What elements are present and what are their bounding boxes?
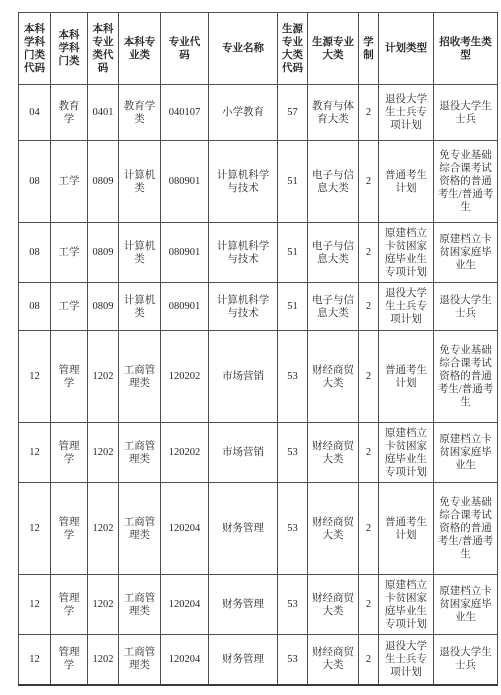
table-cell: 免专业基础综合课考试资格的普通考生/普通考生	[434, 141, 498, 223]
table-cell: 2	[359, 85, 379, 141]
table-body: 04教育学0401教育学类040107小学教育57教育与体育大类2退役大学生士兵…	[19, 85, 498, 685]
table-cell: 2	[359, 223, 379, 283]
table-cell: 计算机类	[119, 223, 161, 283]
table-cell: 53	[278, 483, 308, 575]
table-cell: 工商管理类	[119, 635, 161, 685]
table-cell: 小学教育	[209, 85, 278, 141]
table-cell: 0401	[88, 85, 119, 141]
table-cell: 2	[359, 635, 379, 685]
table-cell: 120204	[161, 575, 209, 635]
table-row: 12管理学1202工商管理类120204财务管理53财经商贸大类2退役大学生士兵…	[19, 635, 498, 685]
table-cell: 管理学	[51, 331, 88, 423]
table-cell: 0809	[88, 223, 119, 283]
table-cell: 51	[278, 283, 308, 331]
column-header: 本科学科门类	[51, 13, 88, 85]
table-cell: 12	[19, 423, 51, 483]
document-page: 本科学科门类代码本科学科门类本科专业类代码本科专业类专业代码专业名称生源专业大类…	[0, 12, 501, 686]
table-cell: 财经商贸大类	[308, 483, 359, 575]
table-cell: 51	[278, 223, 308, 283]
table-cell: 12	[19, 483, 51, 575]
table-cell: 原建档立卡贫困家庭毕业生专项计划	[379, 423, 434, 483]
table-cell: 120202	[161, 423, 209, 483]
table-cell: 08	[19, 223, 51, 283]
table-cell: 51	[278, 141, 308, 223]
table-cell: 工商管理类	[119, 483, 161, 575]
table-cell: 原建档立卡贫困家庭毕业生	[434, 575, 498, 635]
table-cell: 计算机类	[119, 141, 161, 223]
table-cell: 08	[19, 283, 51, 331]
table-cell: 040107	[161, 85, 209, 141]
table-row: 08工学0809计算机类080901计算机科学与技术51电子与信息大类2原建档立…	[19, 223, 498, 283]
table-cell: 退役大学生士兵专项计划	[379, 283, 434, 331]
table-cell: 工商管理类	[119, 575, 161, 635]
table-cell: 2	[359, 423, 379, 483]
table-cell: 退役大学生士兵	[434, 85, 498, 141]
table-cell: 080901	[161, 141, 209, 223]
table-cell: 财经商贸大类	[308, 423, 359, 483]
table-cell: 财务管理	[209, 635, 278, 685]
table-row: 12管理学1202工商管理类120204财务管理53财经商贸大类2普通考生计划免…	[19, 483, 498, 575]
table-cell: 财经商贸大类	[308, 331, 359, 423]
table-cell: 免专业基础综合课考试资格的普通考生/普通考生	[434, 483, 498, 575]
column-header: 招收考生类型	[434, 13, 498, 85]
table-cell: 2	[359, 283, 379, 331]
table-cell: 0809	[88, 141, 119, 223]
column-header: 专业名称	[209, 13, 278, 85]
table-cell: 普通考生计划	[379, 141, 434, 223]
table-cell: 53	[278, 331, 308, 423]
table-cell: 1202	[88, 635, 119, 685]
admissions-table: 本科学科门类代码本科学科门类本科专业类代码本科专业类专业代码专业名称生源专业大类…	[18, 12, 498, 686]
table-cell: 市场营销	[209, 331, 278, 423]
table-cell: 2	[359, 575, 379, 635]
table-row: 08工学0809计算机类080901计算机科学与技术51电子与信息大类2普通考生…	[19, 141, 498, 223]
table-cell: 08	[19, 141, 51, 223]
table-cell: 120204	[161, 635, 209, 685]
table-cell: 工商管理类	[119, 331, 161, 423]
table-cell: 原建档立卡贫困家庭毕业生专项计划	[379, 223, 434, 283]
table-cell: 1202	[88, 483, 119, 575]
table-cell: 计算机科学与技术	[209, 223, 278, 283]
table-cell: 财经商贸大类	[308, 635, 359, 685]
table-cell: 电子与信息大类	[308, 283, 359, 331]
table-cell: 计算机科学与技术	[209, 283, 278, 331]
table-cell: 免专业基础综合课考试资格的普通考生/普通考生	[434, 331, 498, 423]
table-cell: 工学	[51, 141, 88, 223]
table-cell: 120204	[161, 483, 209, 575]
table-cell: 工学	[51, 223, 88, 283]
table-cell: 12	[19, 635, 51, 685]
table-cell: 原建档立卡贫困家庭毕业生专项计划	[379, 575, 434, 635]
table-row: 12管理学1202工商管理类120204财务管理53财经商贸大类2原建档立卡贫困…	[19, 575, 498, 635]
table-cell: 53	[278, 575, 308, 635]
table-cell: 2	[359, 141, 379, 223]
table-cell: 53	[278, 423, 308, 483]
table-cell: 工学	[51, 283, 88, 331]
column-header: 生源专业大类	[308, 13, 359, 85]
table-cell: 财经商贸大类	[308, 575, 359, 635]
table-cell: 普通考生计划	[379, 483, 434, 575]
table-cell: 电子与信息大类	[308, 141, 359, 223]
table-cell: 12	[19, 331, 51, 423]
table-cell: 原建档立卡贫困家庭毕业生	[434, 223, 498, 283]
table-cell: 2	[359, 483, 379, 575]
header-row: 本科学科门类代码本科学科门类本科专业类代码本科专业类专业代码专业名称生源专业大类…	[19, 13, 498, 85]
table-cell: 财务管理	[209, 575, 278, 635]
table-cell: 管理学	[51, 635, 88, 685]
table-cell: 0809	[88, 283, 119, 331]
table-cell: 原建档立卡贫困家庭毕业生	[434, 423, 498, 483]
table-cell: 电子与信息大类	[308, 223, 359, 283]
table-row: 12管理学1202工商管理类120202市场营销53财经商贸大类2普通考生计划免…	[19, 331, 498, 423]
table-cell: 教育学类	[119, 85, 161, 141]
table-cell: 1202	[88, 575, 119, 635]
table-cell: 53	[278, 635, 308, 685]
column-header: 学制	[359, 13, 379, 85]
table-cell: 教育与体育大类	[308, 85, 359, 141]
table-cell: 04	[19, 85, 51, 141]
table-cell: 1202	[88, 423, 119, 483]
table-cell: 1202	[88, 331, 119, 423]
table-cell: 管理学	[51, 575, 88, 635]
table-cell: 工商管理类	[119, 423, 161, 483]
table-cell: 2	[359, 331, 379, 423]
table-cell: 080901	[161, 283, 209, 331]
table-cell: 退役大学生士兵	[434, 635, 498, 685]
table-cell: 管理学	[51, 423, 88, 483]
table-cell: 计算机科学与技术	[209, 141, 278, 223]
table-cell: 080901	[161, 223, 209, 283]
table-cell: 普通考生计划	[379, 331, 434, 423]
table-cell: 财务管理	[209, 483, 278, 575]
table-cell: 退役大学生士兵专项计划	[379, 635, 434, 685]
table-cell: 57	[278, 85, 308, 141]
table-row: 12管理学1202工商管理类120202市场营销53财经商贸大类2原建档立卡贫困…	[19, 423, 498, 483]
column-header: 计划类型	[379, 13, 434, 85]
table-row: 04教育学0401教育学类040107小学教育57教育与体育大类2退役大学生士兵…	[19, 85, 498, 141]
table-cell: 计算机类	[119, 283, 161, 331]
table-cell: 120202	[161, 331, 209, 423]
table-cell: 12	[19, 575, 51, 635]
column-header: 本科学科门类代码	[19, 13, 51, 85]
table-cell: 退役大学生士兵专项计划	[379, 85, 434, 141]
table-row: 08工学0809计算机类080901计算机科学与技术51电子与信息大类2退役大学…	[19, 283, 498, 331]
column-header: 本科专业类	[119, 13, 161, 85]
table-cell: 市场营销	[209, 423, 278, 483]
column-header: 本科专业类代码	[88, 13, 119, 85]
table-cell: 教育学	[51, 85, 88, 141]
column-header: 专业代码	[161, 13, 209, 85]
table-cell: 管理学	[51, 483, 88, 575]
table-cell: 退役大学生士兵	[434, 283, 498, 331]
column-header: 生源专业大类代码	[278, 13, 308, 85]
